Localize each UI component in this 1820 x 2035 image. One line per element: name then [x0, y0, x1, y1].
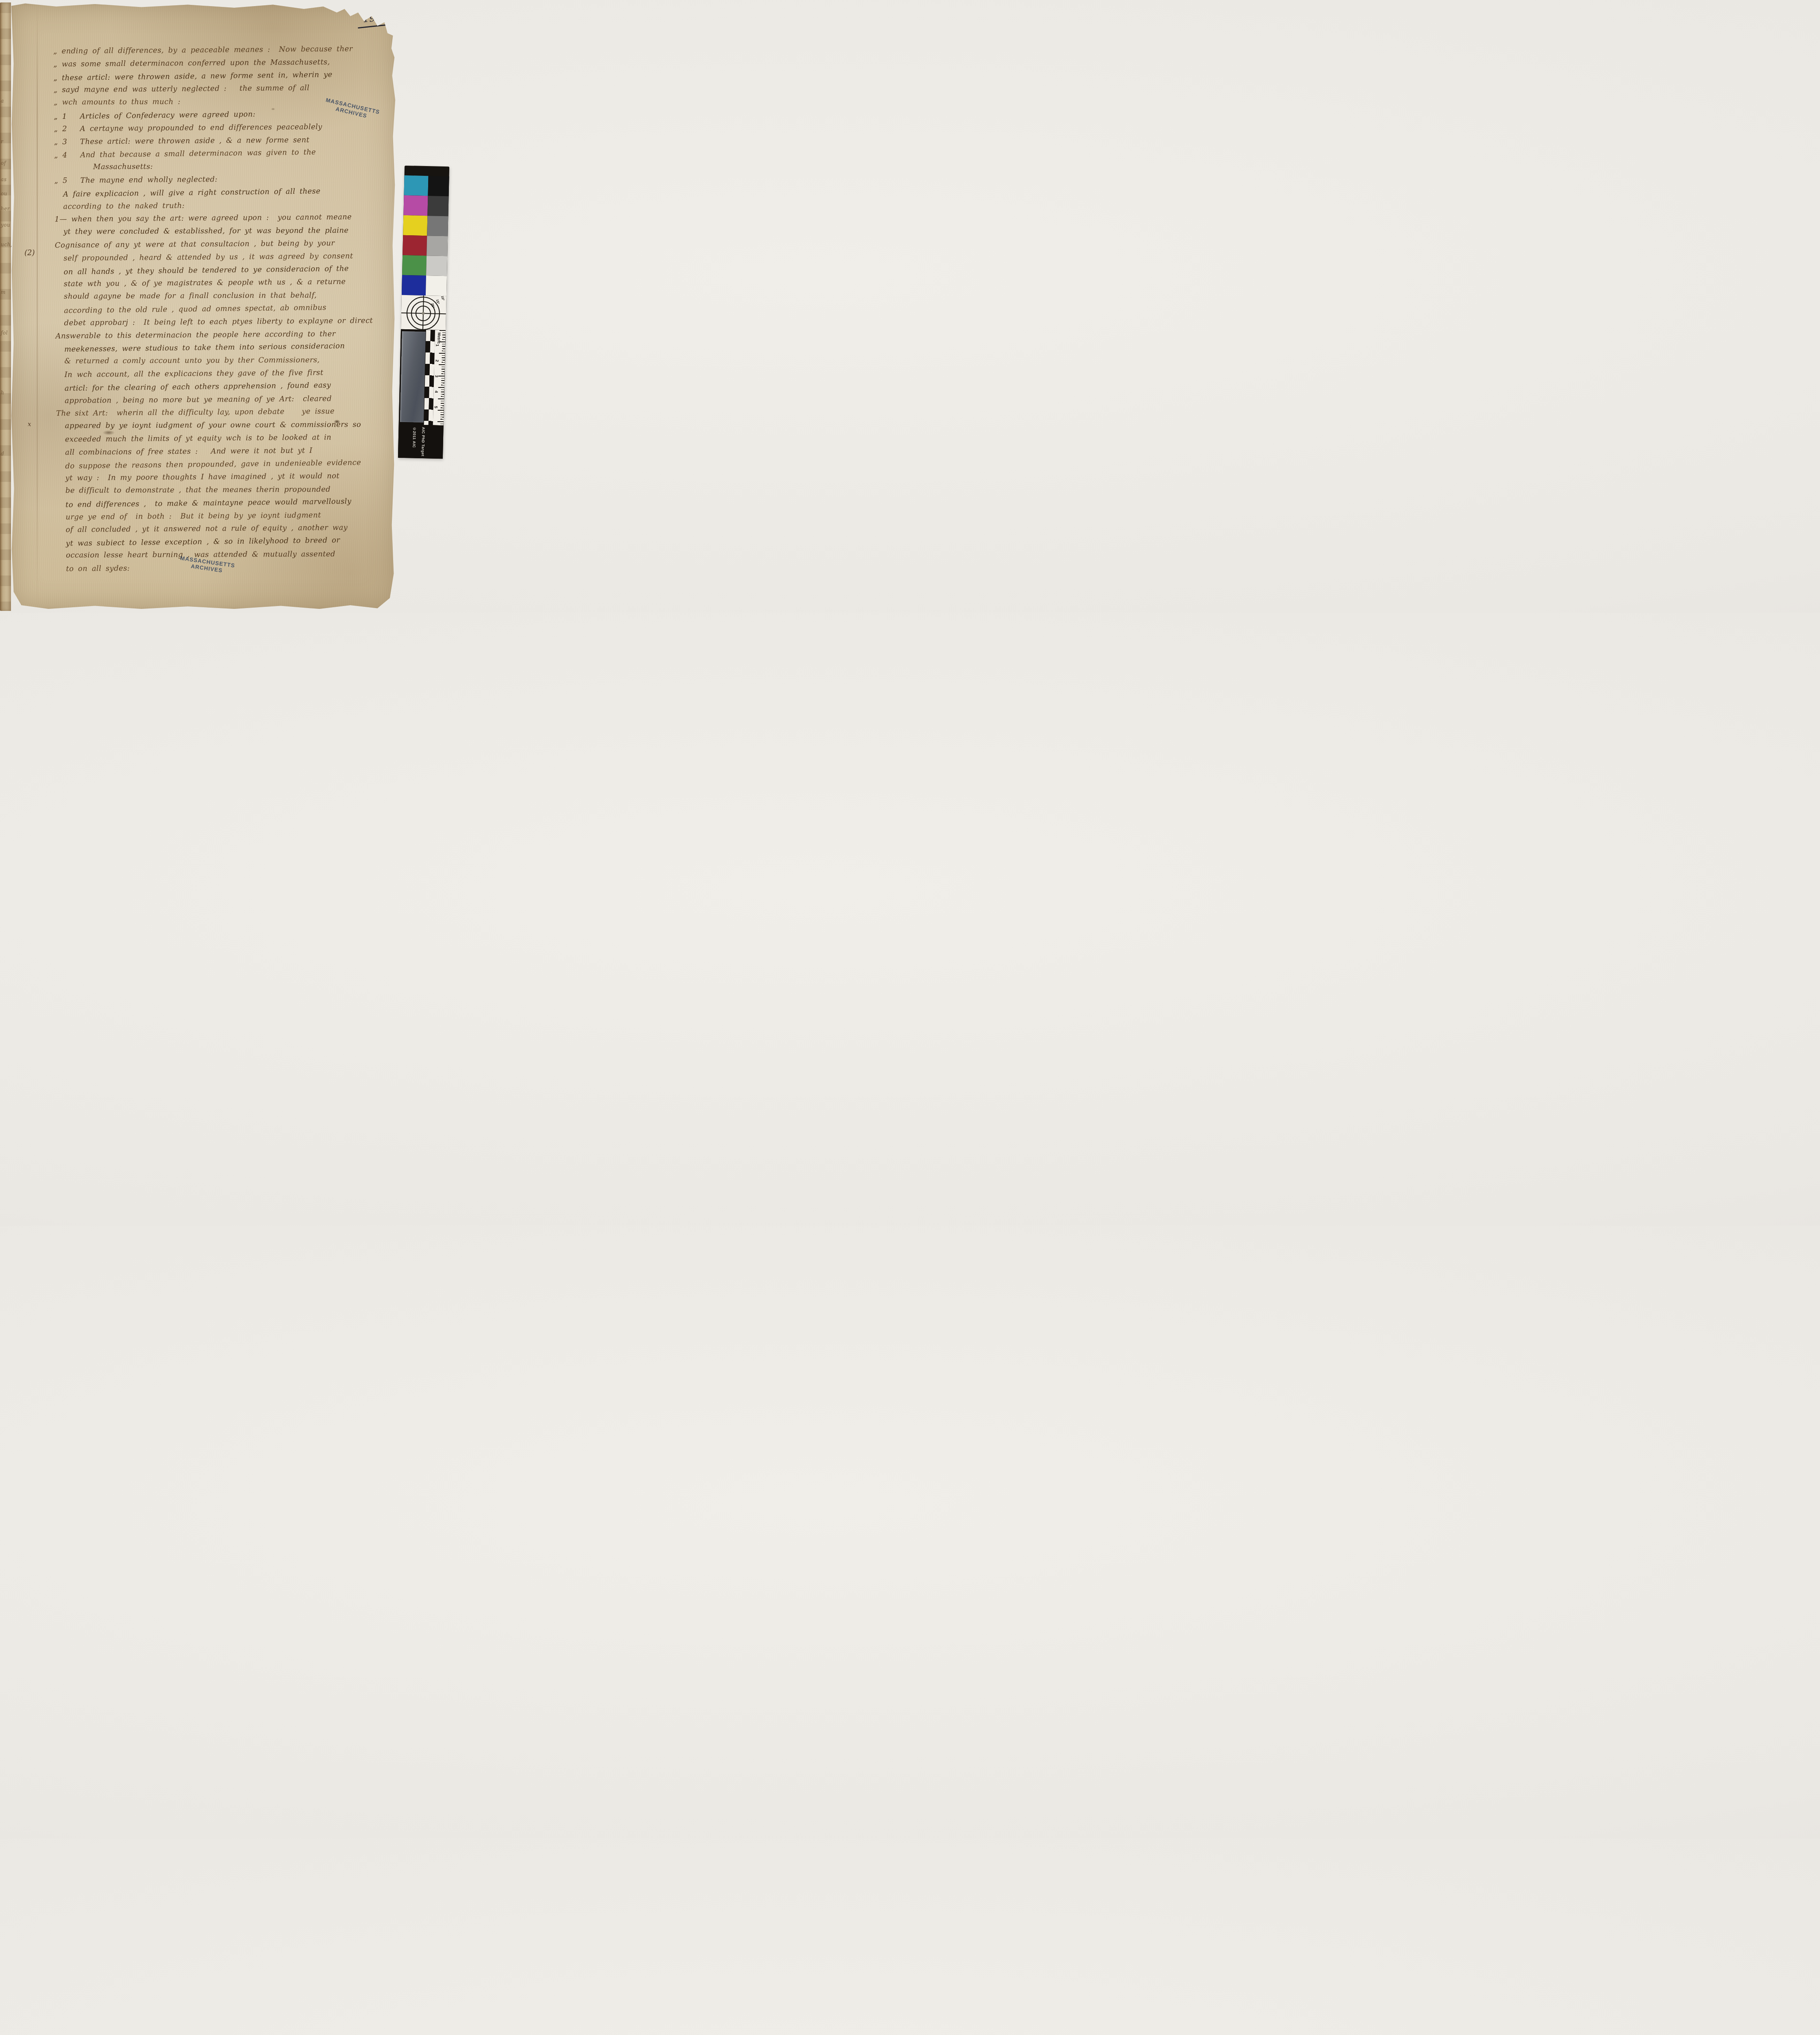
manuscript-line-text: to on all sydes: — [57, 564, 130, 573]
target-header-band — [405, 166, 450, 176]
color-patch — [402, 275, 426, 295]
manuscript-line-text: on all hands , yt they should be tendere… — [55, 264, 349, 276]
manuscript-line-text: „ 5 The mayne end wholly neglected: — [54, 175, 217, 185]
target-ruler-section: Metric 12345 — [399, 329, 446, 425]
bleed-through-text-fragment: her — [1, 206, 10, 212]
manuscript-line-text: Massachusetts: — [54, 162, 153, 171]
manuscript-line-text: „ ending of all differences, by a peacea… — [53, 45, 353, 56]
ink-blot — [334, 420, 340, 424]
target-patch-row — [403, 215, 448, 236]
manuscript-text: „ ending of all differences, by a peacea… — [53, 42, 407, 575]
manuscript-line: yt they were concluded & establisshed, f… — [55, 224, 405, 239]
margin-note: (2) — [24, 249, 35, 257]
manuscript-line-text: Answerable to this determinacion the peo… — [55, 330, 335, 340]
bleed-through-text-fragment: r — [1, 139, 3, 144]
ruler-number: 2 — [435, 359, 439, 362]
manuscript-line-text: „ these articl: were throwen aside, a ne… — [53, 70, 332, 82]
target-patch-grid — [402, 175, 449, 296]
manuscript-line-text: appeared by ye ioynt iudgment of your ow… — [56, 420, 361, 430]
gray-patch — [426, 256, 447, 276]
margin-note: x — [28, 420, 31, 428]
manuscript-line-text: „ 3 These articl: were throwen aside , &… — [54, 136, 310, 146]
manuscript-line-text: do suppose the reasons then propounded, … — [57, 458, 361, 470]
bleed-through-text-fragment: fol — [1, 330, 8, 336]
ink-blot — [103, 430, 115, 435]
binding-crease — [37, 3, 38, 610]
manuscript-line-text: & returned a comly account unto you by t… — [56, 356, 320, 365]
gray-patch — [427, 216, 448, 236]
bullseye-icon — [401, 295, 446, 330]
manuscript-line-text: „ 4 And that because a small determinaco… — [54, 148, 316, 160]
color-patch — [402, 255, 427, 276]
target-credit-band: AIC PhD Target ©2011 AIC — [398, 425, 444, 459]
book-spine-edge: arofasouheryouuch,mfolhd — [0, 2, 11, 611]
gray-tape-patch — [400, 331, 426, 422]
gray-patch — [427, 236, 448, 256]
metric-label: Metric — [436, 333, 441, 344]
target-patch-row — [403, 195, 448, 216]
manuscript-line-text: yt was subiect to lesse exception , & so… — [57, 536, 340, 548]
manuscript-line: & returned a comly account unto you by t… — [56, 353, 406, 368]
manuscript-line-text: The sixt Art: wherin all the difficulty … — [56, 407, 335, 418]
bleed-through-text-fragment: d — [1, 451, 4, 457]
bleed-through-text-fragment: uch, — [1, 242, 12, 247]
bullseye-registration-mark: 10°15°25° 10°15°25° — [401, 295, 446, 330]
bleed-through-text-fragment: you — [1, 222, 10, 228]
ruler-number: 5 — [433, 406, 438, 408]
manuscript-line-text: according to the naked truth: — [55, 201, 185, 211]
bleed-through-text-fragment: h — [1, 390, 4, 396]
manuscript-line-text: urge ye end of in both : But it being by… — [57, 511, 321, 521]
manuscript-line-text: meekenesses, were studious to take them … — [56, 342, 345, 354]
manuscript-line-text: state wth you , & of ye magistrates & pe… — [55, 278, 346, 289]
manuscript-line-text: „ 1 Articles of Confederacy were agreed … — [54, 110, 256, 121]
manuscript-line-text: „ sayd mayne end was utterly neglected :… — [54, 84, 310, 94]
ruler-number: 1 — [435, 344, 439, 346]
manuscript-line-text: to end differences , to make & maintayne… — [57, 497, 352, 509]
ink-blot — [271, 108, 275, 110]
manuscript-line-text: „ was some small determinacon conferred … — [53, 58, 330, 68]
target-patch-row — [404, 175, 449, 196]
color-calibration-target: 10°15°25° 10°15°25° Metric 12345 AIC PhD… — [398, 166, 449, 459]
page-number: 198 — [363, 12, 382, 24]
target-patch-row — [402, 235, 448, 256]
manuscript-line-text: „ wch amounts to thus much : — [54, 98, 180, 107]
color-patch — [403, 195, 428, 216]
manuscript-line-text: all combinacions of free states : And we… — [57, 446, 313, 457]
bleed-through-text-fragment: ou — [1, 191, 7, 197]
color-patch — [404, 175, 429, 196]
target-credit-copyright: ©2011 AIC — [412, 427, 416, 448]
manuscript-page: 198 MASSACHUSETTS ARCHIVES „ ending of a… — [10, 3, 397, 610]
manuscript-line-text: debet approbarj : It being left to each … — [55, 316, 373, 327]
bleed-through-text-fragment: as — [1, 177, 7, 182]
manuscript-line: occasion lesse heart burning , was atten… — [57, 547, 407, 562]
manuscript-line: „ ending of all differences, by a peacea… — [53, 42, 403, 58]
manuscript-line-text: In wch account, all the explicacions the… — [56, 368, 323, 379]
bleed-through-text-fragment: a — [1, 98, 4, 104]
manuscript-line-text: of all concluded , yt it answered not a … — [57, 523, 348, 534]
manuscript-line-text: exceeded much the limits of yt equity wc… — [56, 433, 331, 444]
bleed-through-text-fragment: of — [1, 160, 6, 166]
color-patch — [403, 215, 427, 236]
ruler-number: 3 — [434, 375, 439, 377]
manuscript-line-text: according to the old rule , quod ad omne… — [55, 303, 326, 315]
color-patch — [402, 235, 427, 256]
target-patch-row — [402, 275, 447, 296]
gray-patch — [428, 176, 449, 196]
manuscript-line: Massachusetts: — [54, 159, 404, 174]
target-credit-name: AIC PhD Target — [421, 427, 426, 457]
manuscript-line-text: yt they were concluded & establisshed, f… — [55, 226, 348, 236]
manuscript-line-text: should agayne be made for a finall concl… — [55, 291, 317, 301]
gray-patch — [428, 196, 449, 216]
manuscript-line-text: articl: for the clearing of each others … — [56, 381, 331, 393]
gray-patch — [426, 276, 447, 296]
ruler-number: 4 — [434, 390, 438, 393]
manuscript-line-text: yt way : In my poore thoughts I have ima… — [57, 472, 339, 482]
bleed-through-text-fragment: m — [1, 289, 6, 295]
manuscript-line-text: A faire explicacion , will give a right … — [55, 187, 321, 199]
manuscript-line-text: 1— when then you say the art: were agree… — [55, 213, 352, 224]
manuscript-line-text: self propounded , heard & attended by us… — [55, 252, 353, 263]
manuscript-line-text: Cognisance of any yt were at that consul… — [55, 239, 335, 249]
target-patch-row — [402, 255, 447, 276]
manuscript-line-text: „ 2 A certayne way propounded to end dif… — [54, 123, 322, 133]
manuscript-line-text: approbation , being no more but ye meani… — [56, 394, 332, 405]
manuscript-line-text: be difficult to demonstrate , that the m… — [57, 485, 330, 495]
